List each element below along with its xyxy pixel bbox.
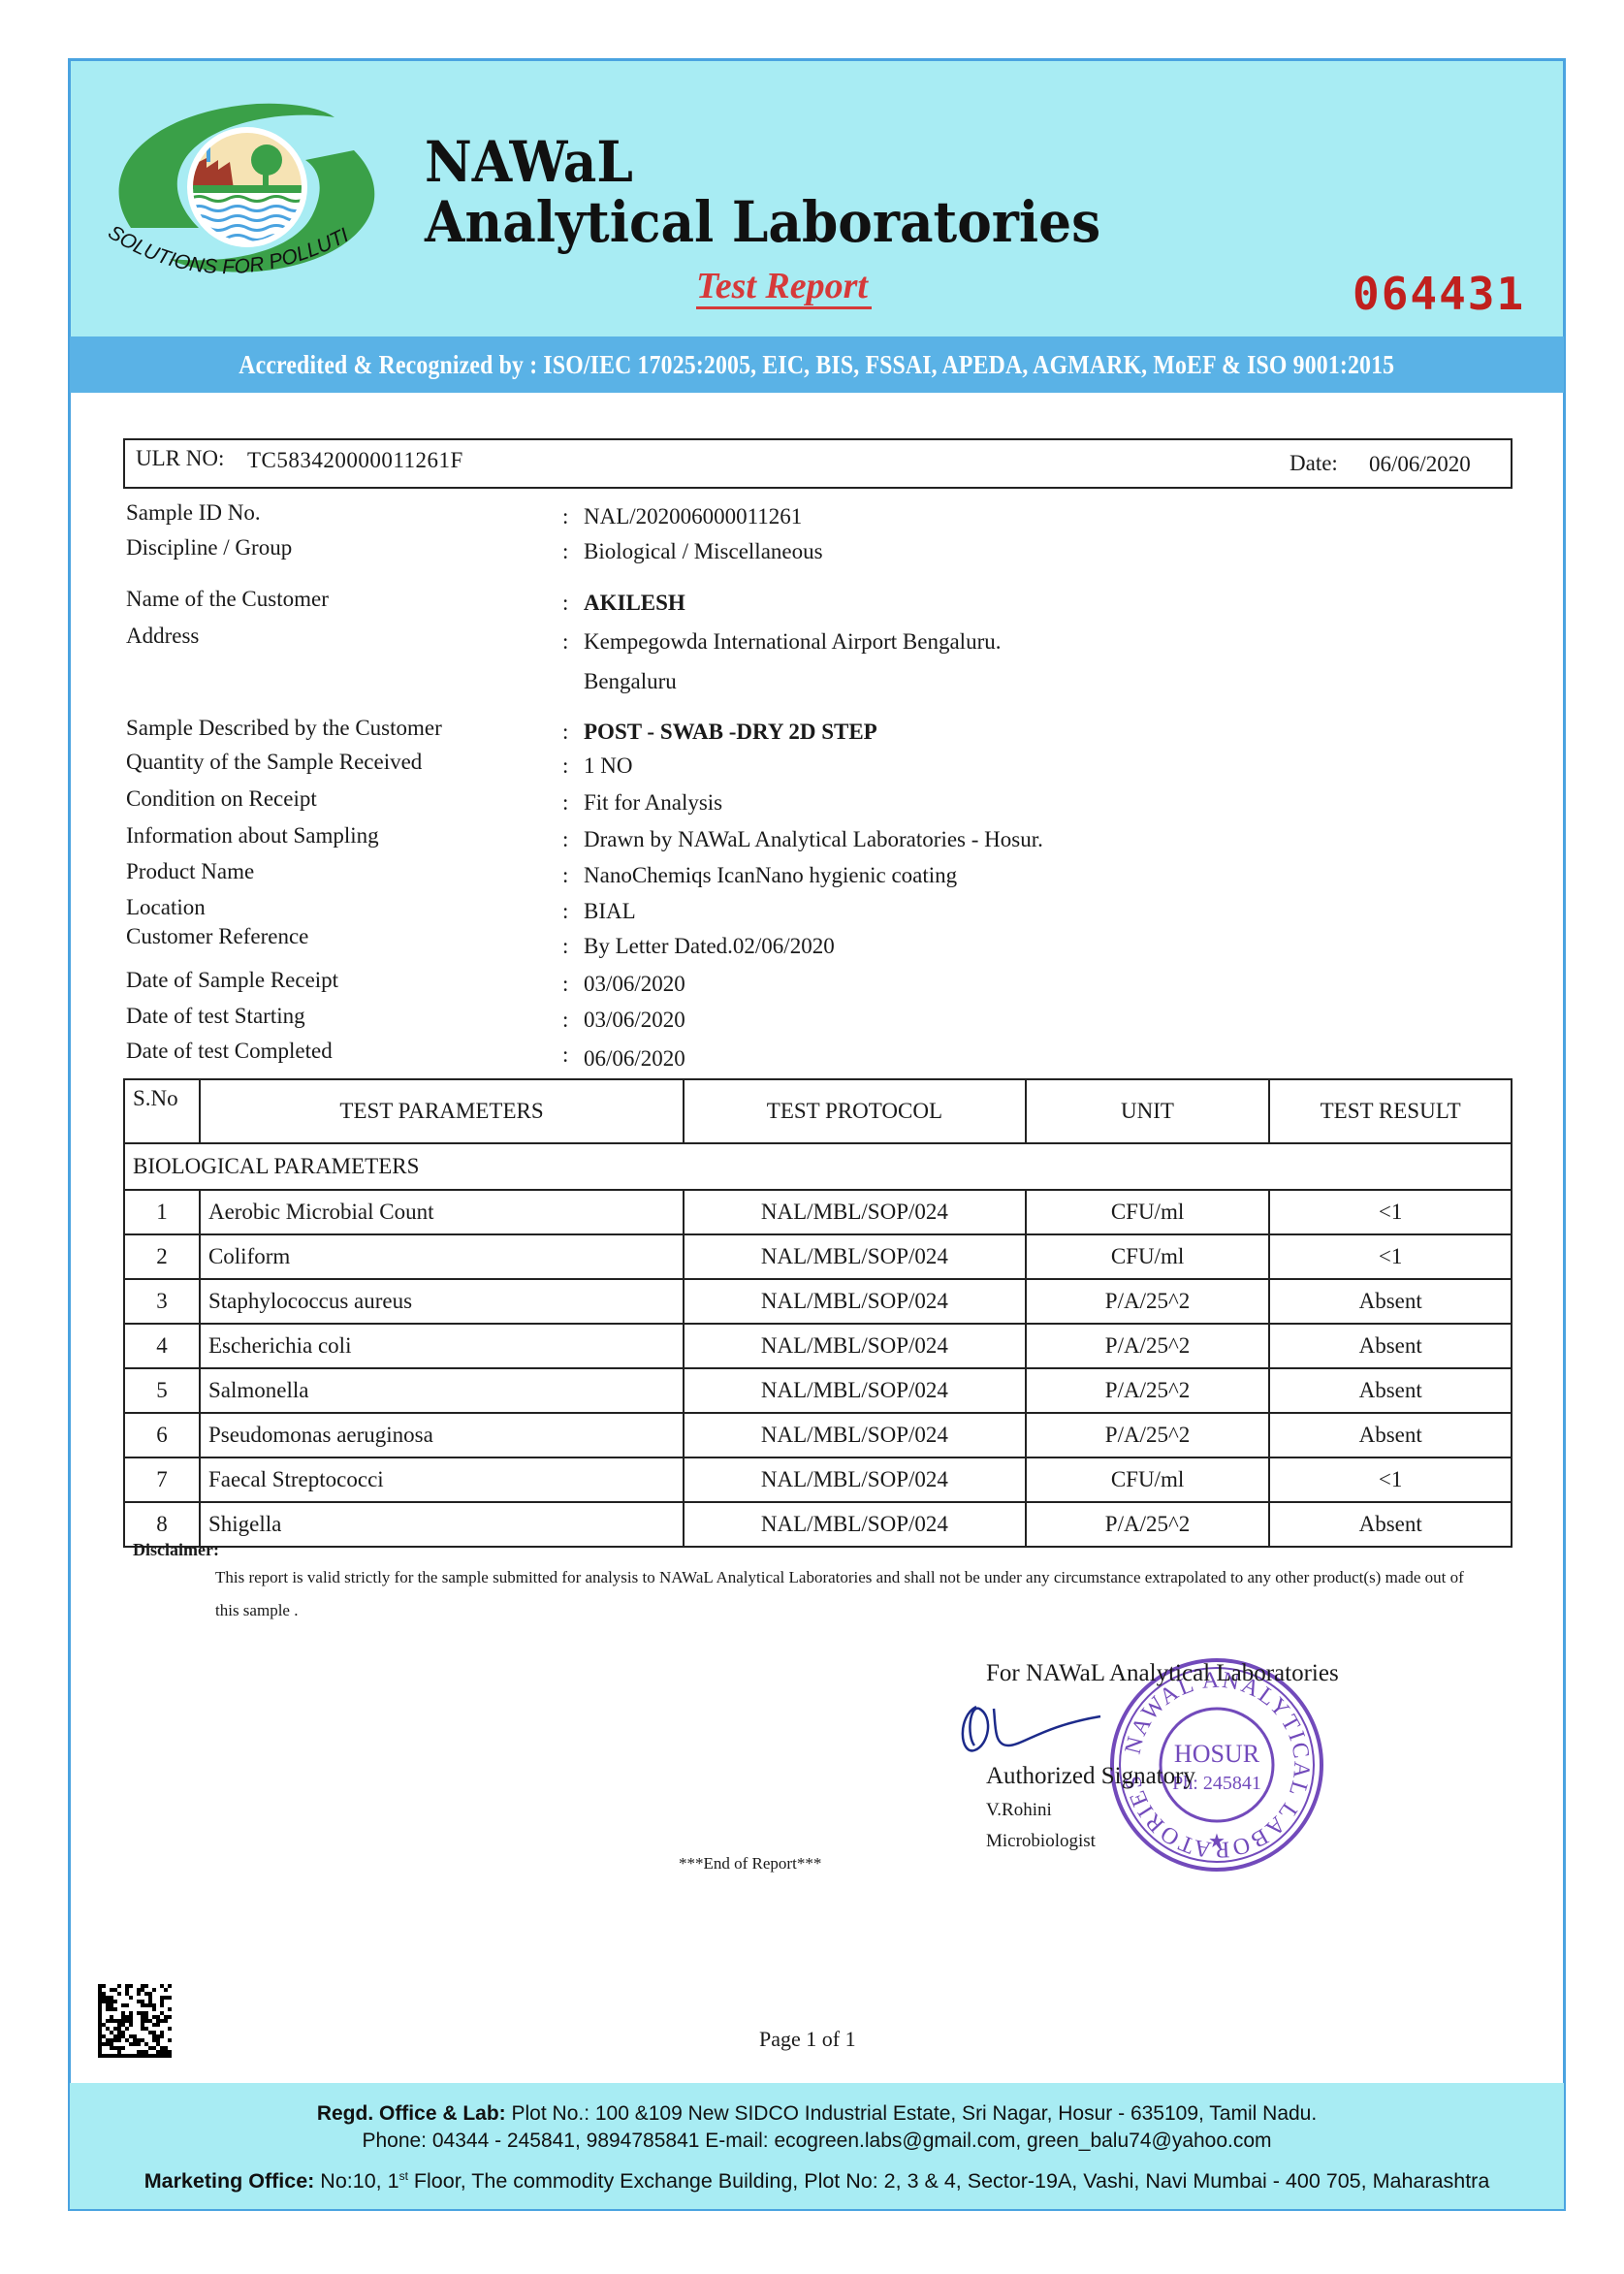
cell-unit: CFU/ml	[1026, 1234, 1270, 1279]
serial-number: 064431	[1353, 268, 1525, 320]
info-row-customer-name: Name of the Customer:AKILESH	[126, 587, 1483, 618]
info-row-discipline: Discipline / Group:Biological / Miscella…	[126, 535, 1483, 566]
page-number: Page 1 of 1	[759, 2027, 856, 2052]
cell-unit: P/A/25^2	[1026, 1324, 1270, 1368]
date-label: Date:	[1290, 451, 1338, 476]
cell-unit: CFU/ml	[1026, 1457, 1270, 1502]
col-header-result: TEST RESULT	[1269, 1079, 1512, 1143]
qr-code-icon	[98, 1984, 172, 2058]
cell-protocol: NAL/MBL/SOP/024	[684, 1190, 1026, 1234]
cell-protocol: NAL/MBL/SOP/024	[684, 1502, 1026, 1547]
cell-unit: P/A/25^2	[1026, 1368, 1270, 1413]
cell-protocol: NAL/MBL/SOP/024	[684, 1234, 1026, 1279]
lab-logo-icon: SOLUTIONS FOR POLLUTION	[92, 92, 402, 296]
info-row-customer-reference: Customer Reference:By Letter Dated.02/06…	[126, 924, 1483, 955]
table-row: 2ColiformNAL/MBL/SOP/024CFU/ml<1	[124, 1234, 1512, 1279]
signatory-title: Microbiologist	[986, 1831, 1096, 1852]
col-header-parameters: TEST PARAMETERS	[200, 1079, 684, 1143]
cell-parameter: Shigella	[200, 1502, 684, 1547]
cell-parameter: Faecal Streptococci	[200, 1457, 684, 1502]
cell-parameter: Aerobic Microbial Count	[200, 1190, 684, 1234]
info-row-product-name: Product Name:NanoChemiqs IcanNano hygien…	[126, 859, 1483, 890]
info-row-test-start-date: Date of test Starting:03/06/2020	[126, 1004, 1483, 1035]
info-row-address-line2: Bengaluru	[126, 665, 1483, 696]
cell-unit: P/A/25^2	[1026, 1279, 1270, 1324]
info-row-sample-description: Sample Described by the Customer:POST - …	[126, 716, 1483, 747]
results-table: S.No TEST PARAMETERS TEST PROTOCOL UNIT …	[123, 1078, 1513, 1548]
cell-protocol: NAL/MBL/SOP/024	[684, 1413, 1026, 1457]
lab-name: NAWaL	[425, 134, 633, 190]
info-row-test-completed-date: Date of test Completed:06/06/2020	[126, 1039, 1483, 1070]
cell-sno: 1	[124, 1190, 200, 1234]
cell-result: Absent	[1269, 1279, 1512, 1324]
section-title: BIOLOGICAL PARAMETERS	[124, 1143, 1512, 1190]
info-row-sampling-info: Information about Sampling:Drawn by NAWa…	[126, 823, 1483, 854]
info-row-quantity: Quantity of the Sample Received:1 NO	[126, 750, 1483, 781]
col-header-protocol: TEST PROTOCOL	[684, 1079, 1026, 1143]
col-header-sno: S.No	[124, 1079, 200, 1143]
info-row-sample-id: Sample ID No.:NAL/202006000011261	[126, 500, 1483, 531]
cell-parameter: Salmonella	[200, 1368, 684, 1413]
table-header-row: S.No TEST PARAMETERS TEST PROTOCOL UNIT …	[124, 1079, 1512, 1143]
footer-registered-office: Regd. Office & Lab: Plot No.: 100 &109 N…	[70, 2102, 1564, 2126]
cell-sno: 5	[124, 1368, 200, 1413]
report-date: 06/06/2020	[1369, 452, 1471, 477]
signatory-name: V.Rohini	[986, 1800, 1052, 1821]
cell-protocol: NAL/MBL/SOP/024	[684, 1324, 1026, 1368]
cell-parameter: Coliform	[200, 1234, 684, 1279]
disclaimer-title: Disclaimer:	[133, 1540, 219, 1560]
cell-sno: 2	[124, 1234, 200, 1279]
footer-contact: Phone: 04344 - 245841, 9894785841 E-mail…	[70, 2130, 1564, 2153]
cell-sno: 7	[124, 1457, 200, 1502]
table-row: 8ShigellaNAL/MBL/SOP/024P/A/25^2Absent	[124, 1502, 1512, 1547]
signatory-organization: For NAWaL Analytical Laboratories	[986, 1660, 1339, 1687]
table-row: 5SalmonellaNAL/MBL/SOP/024P/A/25^2Absent	[124, 1368, 1512, 1413]
cell-result: Absent	[1269, 1502, 1512, 1547]
cell-parameter: Staphylococcus aureus	[200, 1279, 684, 1324]
info-row-address: Address:Kempegowda International Airport…	[126, 624, 1483, 655]
table-row: 3Staphylococcus aureusNAL/MBL/SOP/024P/A…	[124, 1279, 1512, 1324]
cell-parameter: Pseudomonas aeruginosa	[200, 1413, 684, 1457]
disclaimer-text: This report is valid strictly for the sa…	[215, 1561, 1476, 1627]
cell-parameter: Escherichia coli	[200, 1324, 684, 1368]
table-row: 4Escherichia coliNAL/MBL/SOP/024P/A/25^2…	[124, 1324, 1512, 1368]
signatory-role: Authorized Signatory	[986, 1763, 1195, 1790]
table-row: 1Aerobic Microbial CountNAL/MBL/SOP/024C…	[124, 1190, 1512, 1234]
cell-result: <1	[1269, 1457, 1512, 1502]
svg-text:★: ★	[1208, 1831, 1226, 1852]
ulr-number: TC583420000011261F	[247, 448, 463, 473]
cell-sno: 4	[124, 1324, 200, 1368]
cell-sno: 3	[124, 1279, 200, 1324]
cell-result: <1	[1269, 1234, 1512, 1279]
section-row: BIOLOGICAL PARAMETERS	[124, 1143, 1512, 1190]
accreditation-bar: Accredited & Recognized by : ISO/IEC 170…	[70, 336, 1564, 393]
cell-result: Absent	[1269, 1368, 1512, 1413]
cell-protocol: NAL/MBL/SOP/024	[684, 1457, 1026, 1502]
lab-name-subtitle: Analytical Laboratories	[425, 194, 1100, 250]
col-header-unit: UNIT	[1026, 1079, 1270, 1143]
cell-result: Absent	[1269, 1324, 1512, 1368]
cell-sno: 6	[124, 1413, 200, 1457]
footer-marketing-office: Marketing Office: No:10, 1st Floor, The …	[70, 2169, 1564, 2194]
cell-unit: CFU/ml	[1026, 1190, 1270, 1234]
table-row: 7Faecal StreptococciNAL/MBL/SOP/024CFU/m…	[124, 1457, 1512, 1502]
cell-unit: P/A/25^2	[1026, 1413, 1270, 1457]
info-row-condition: Condition on Receipt:Fit for Analysis	[126, 786, 1483, 817]
end-of-report: ***End of Report***	[679, 1854, 821, 1874]
info-row-sample-receipt-date: Date of Sample Receipt:03/06/2020	[126, 968, 1483, 999]
ulr-label: ULR NO:	[136, 446, 224, 471]
info-row-location: Location:BIAL	[126, 895, 1483, 926]
document-type: Test Report	[696, 268, 872, 309]
accreditation-text: Accredited & Recognized by : ISO/IEC 170…	[239, 350, 1395, 380]
cell-unit: P/A/25^2	[1026, 1502, 1270, 1547]
cell-result: Absent	[1269, 1413, 1512, 1457]
cell-protocol: NAL/MBL/SOP/024	[684, 1279, 1026, 1324]
cell-result: <1	[1269, 1190, 1512, 1234]
table-row: 6Pseudomonas aeruginosaNAL/MBL/SOP/024P/…	[124, 1413, 1512, 1457]
cell-protocol: NAL/MBL/SOP/024	[684, 1368, 1026, 1413]
